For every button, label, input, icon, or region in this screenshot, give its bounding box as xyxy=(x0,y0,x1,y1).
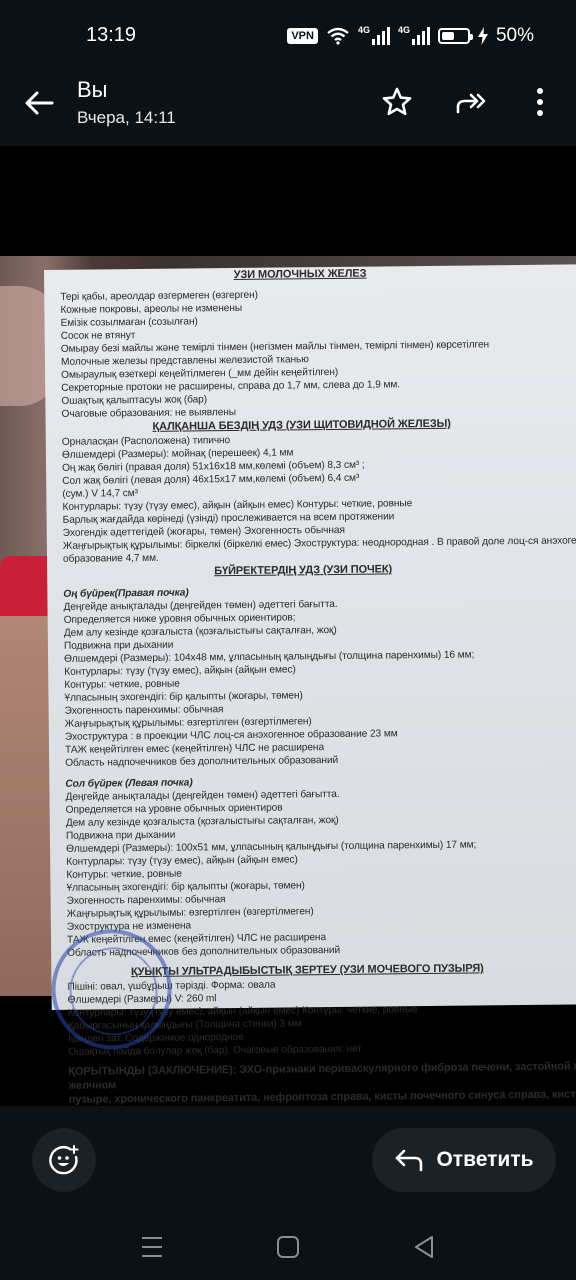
reply-arrow-icon xyxy=(394,1147,424,1173)
home-square-icon[interactable] xyxy=(273,1232,303,1262)
vpn-badge: VPN xyxy=(287,28,318,44)
add-reaction-button[interactable] xyxy=(32,1128,96,1192)
battery-percent: 50% xyxy=(496,25,534,47)
back-arrow-icon[interactable] xyxy=(22,86,56,120)
emoji-add-icon xyxy=(48,1144,80,1176)
cell-signal-icon-2: 4G xyxy=(398,27,430,45)
image-viewer[interactable]: УЗИ МОЛОЧНЫХ ЖЕЛЕЗТері қабы, ареолдар өз… xyxy=(0,146,576,1106)
charging-bolt-icon xyxy=(478,27,488,45)
status-icons: VPN 4G 4G 50% xyxy=(287,25,534,47)
system-nav-bar xyxy=(0,1216,576,1280)
message-actions: Ответить xyxy=(0,1106,576,1216)
more-vertical-icon[interactable] xyxy=(524,86,556,118)
medical-report-paper: УЗИ МОЛОЧНЫХ ЖЕЛЕЗТері қабы, ареолдар өз… xyxy=(44,264,576,1010)
recents-menu-icon[interactable] xyxy=(137,1232,167,1262)
wifi-icon xyxy=(326,27,350,45)
reply-button[interactable]: Ответить xyxy=(372,1128,556,1192)
status-bar: 13:19 VPN 4G 4G 50% xyxy=(0,0,576,72)
sender-name: Вы xyxy=(77,77,108,103)
battery-icon xyxy=(438,28,470,44)
cell-signal-icon-1: 4G xyxy=(358,27,390,45)
star-icon[interactable] xyxy=(381,86,413,118)
back-triangle-icon[interactable] xyxy=(410,1232,440,1262)
message-timestamp: Вчера, 14:11 xyxy=(77,108,176,128)
forward-icon[interactable] xyxy=(455,86,487,118)
reply-label: Ответить xyxy=(436,1148,533,1172)
message-header: Вы Вчера, 14:11 xyxy=(0,72,576,146)
clock: 13:19 xyxy=(86,24,136,47)
official-stamp xyxy=(51,929,172,1050)
